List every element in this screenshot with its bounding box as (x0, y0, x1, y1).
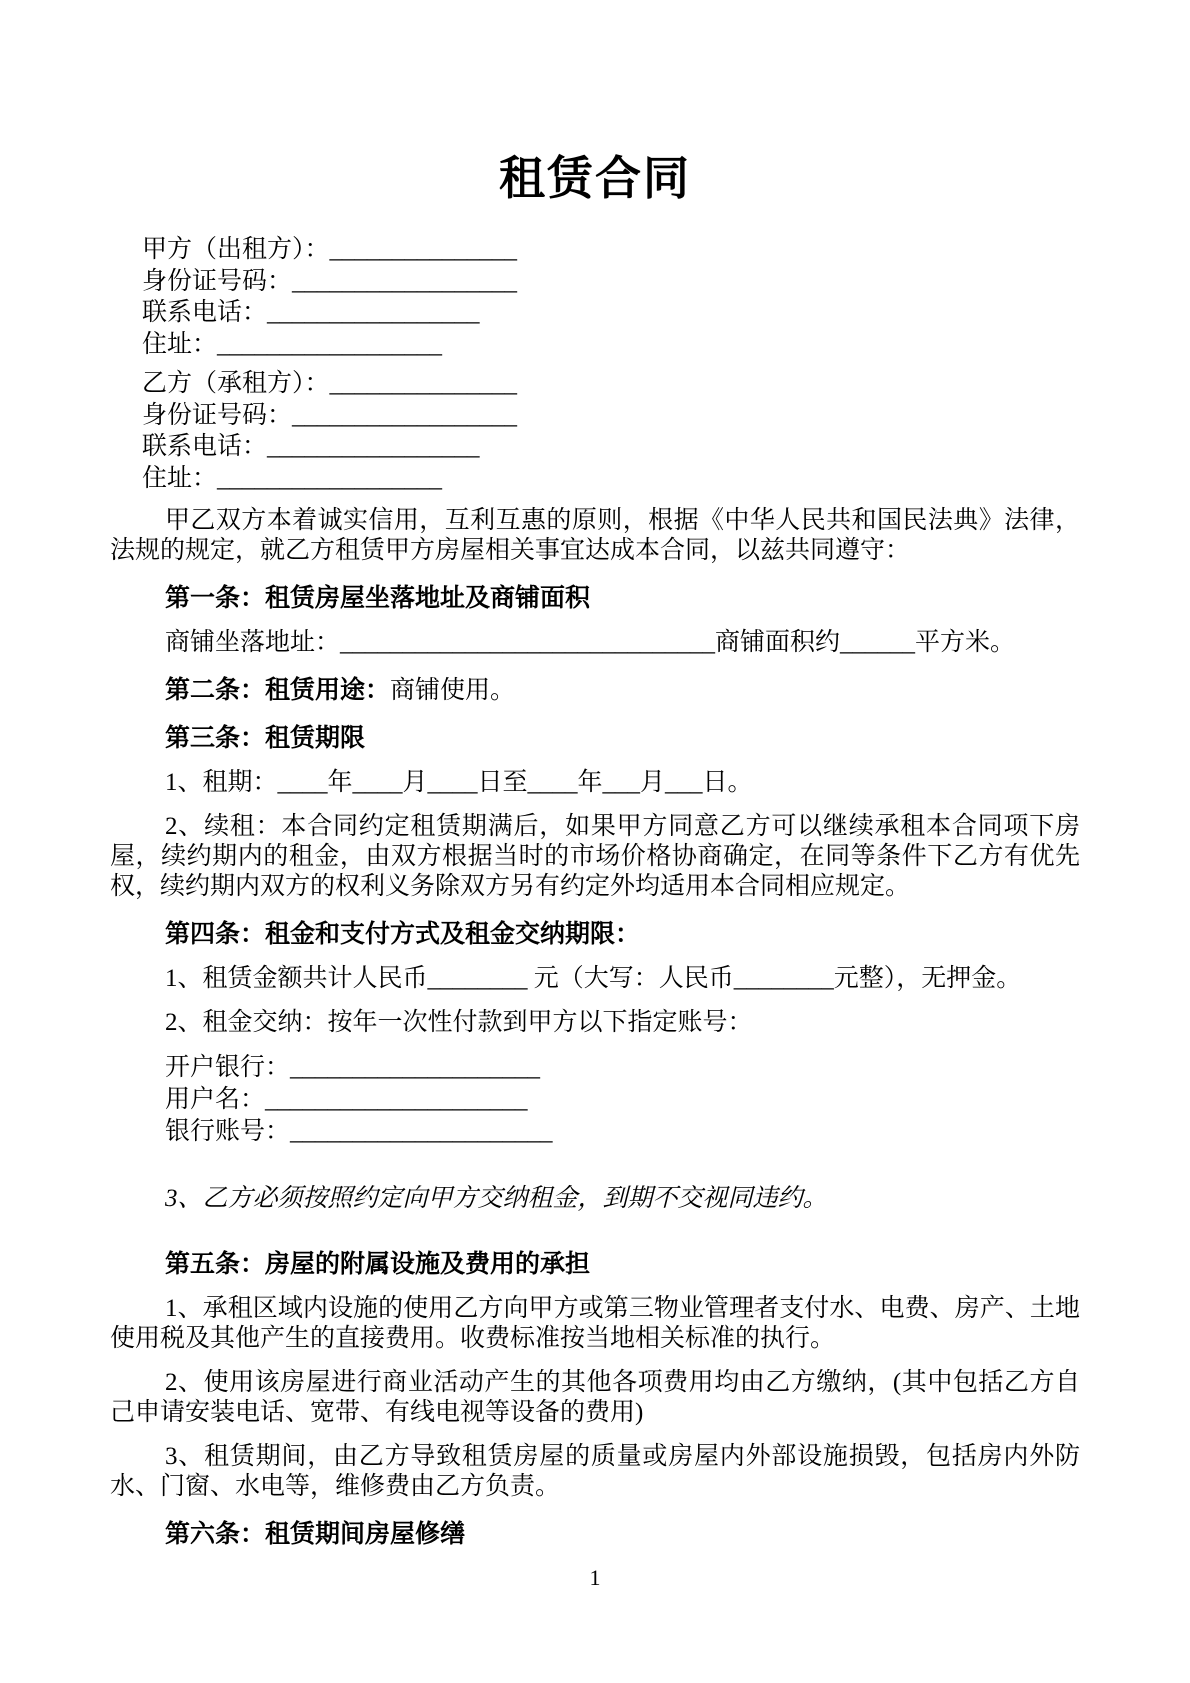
account-number-label: 银行账号： (165, 1118, 290, 1145)
article5-item-business-fees: 2、使用该房屋进行商业活动产生的其他各项费用均由乙方缴纳，(其中包括乙方自己申请… (110, 1368, 1080, 1428)
square-meters-label: 平方米。 (915, 629, 1015, 656)
party-a-phone-line: 联系电话：_________________ (110, 297, 1080, 329)
party-b-name-line: 乙方（承租方）：_______________ (110, 368, 1080, 400)
party-b-phone-line: 联系电话：_________________ (110, 431, 1080, 463)
article2-heading: 第二条：租赁用途： (165, 677, 390, 704)
article3-item-rent-period: 1、租期：____年____月____日至____年___月___日。 (110, 768, 1080, 798)
article3-heading: 第三条：租赁期限 (110, 724, 1080, 754)
party-a-name-line: 甲方（出租方）：_______________ (110, 234, 1080, 266)
party-b-block: 乙方（承租方）：_______________ 身份证号码：__________… (110, 368, 1080, 494)
article4-item-amount: 1、租赁金额共计人民币________ 元（大写：人民币________元整），… (110, 964, 1080, 994)
account-holder-label: 用户名： (165, 1086, 265, 1113)
article4-item-breach: 3、乙方必须按照约定向甲方交纳租金，到期不交视同违约。 (110, 1184, 1080, 1214)
party-a-address-line: 住址：__________________ (110, 329, 1080, 361)
article5-item-damage-repair: 3、租赁期间，由乙方导致租赁房屋的质量或房屋内外部设施损毁，包括房内外防水、门窗… (110, 1442, 1080, 1502)
party-b-id-blank: __________________ (292, 402, 517, 429)
party-b-address-blank: __________________ (217, 465, 442, 492)
contract-page: 租赁合同 甲方（出租方）：_______________ 身份证号码：_____… (0, 0, 1190, 1683)
party-a-block: 甲方（出租方）：_______________ 身份证号码：__________… (110, 234, 1080, 360)
party-a-name-label: 甲方（出租方）： (142, 236, 330, 263)
party-b-id-line: 身份证号码：__________________ (110, 400, 1080, 432)
shop-address-blank: ______________________________ (340, 629, 715, 656)
party-a-id-label: 身份证号码： (142, 268, 292, 295)
account-holder-blank: _____________________ (265, 1086, 528, 1113)
party-b-address-line: 住址：__________________ (110, 463, 1080, 495)
party-b-id-label: 身份证号码： (142, 402, 292, 429)
shop-address-label: 商铺坐落地址： (165, 629, 340, 656)
party-a-name-blank: _______________ (330, 236, 518, 263)
contract-title: 租赁合同 (110, 142, 1080, 208)
account-number-line: 银行账号：_____________________ (110, 1116, 1080, 1148)
article5-heading: 第五条：房屋的附属设施及费用的承担 (110, 1250, 1080, 1280)
party-a-id-blank: __________________ (292, 268, 517, 295)
party-a-phone-blank: _________________ (267, 299, 480, 326)
party-a-phone-label: 联系电话： (142, 299, 267, 326)
article2-heading-line: 第二条：租赁用途：商铺使用。 (110, 676, 1080, 706)
shop-area-label: 商铺面积约 (715, 629, 840, 656)
account-number-blank: _____________________ (290, 1118, 553, 1145)
article6-heading: 第六条：租赁期间房屋修缮 (110, 1520, 1080, 1550)
bank-name-line: 开户银行：____________________ (110, 1052, 1080, 1084)
party-b-phone-label: 联系电话： (142, 433, 267, 460)
article3-item-renewal: 2、续租：本合同约定租赁期满后，如果甲方同意乙方可以继续承租本合同项下房屋，续约… (110, 812, 1080, 902)
party-b-phone-blank: _________________ (267, 433, 480, 460)
article1-address-line: 商铺坐落地址：______________________________商铺面… (110, 628, 1080, 658)
article4-item-payment: 2、租金交纳：按年一次性付款到甲方以下指定账号： (110, 1008, 1080, 1038)
party-b-address-label: 住址： (142, 465, 217, 492)
page-number: 1 (0, 1565, 1190, 1591)
party-b-name-blank: _______________ (330, 370, 518, 397)
party-a-id-line: 身份证号码：__________________ (110, 266, 1080, 298)
bank-name-label: 开户银行： (165, 1054, 290, 1081)
party-b-name-label: 乙方（承租方）： (142, 370, 330, 397)
account-holder-line: 用户名：_____________________ (110, 1084, 1080, 1116)
article2-usage-text: 商铺使用。 (390, 677, 515, 704)
party-a-address-blank: __________________ (217, 331, 442, 358)
article5-item-utilities: 1、承租区域内设施的使用乙方向甲方或第三物业管理者支付水、电费、房产、土地使用税… (110, 1294, 1080, 1354)
article1-heading: 第一条：租赁房屋坐落地址及商铺面积 (110, 584, 1080, 614)
shop-area-blank: ______ (840, 629, 915, 656)
party-a-address-label: 住址： (142, 331, 217, 358)
bank-name-blank: ____________________ (290, 1054, 540, 1081)
article4-heading: 第四条：租金和支付方式及租金交纳期限： (110, 920, 1080, 950)
preamble-paragraph: 甲乙双方本着诚实信用，互利互惠的原则，根据《中华人民共和国民法典》法律，法规的规… (110, 506, 1080, 566)
